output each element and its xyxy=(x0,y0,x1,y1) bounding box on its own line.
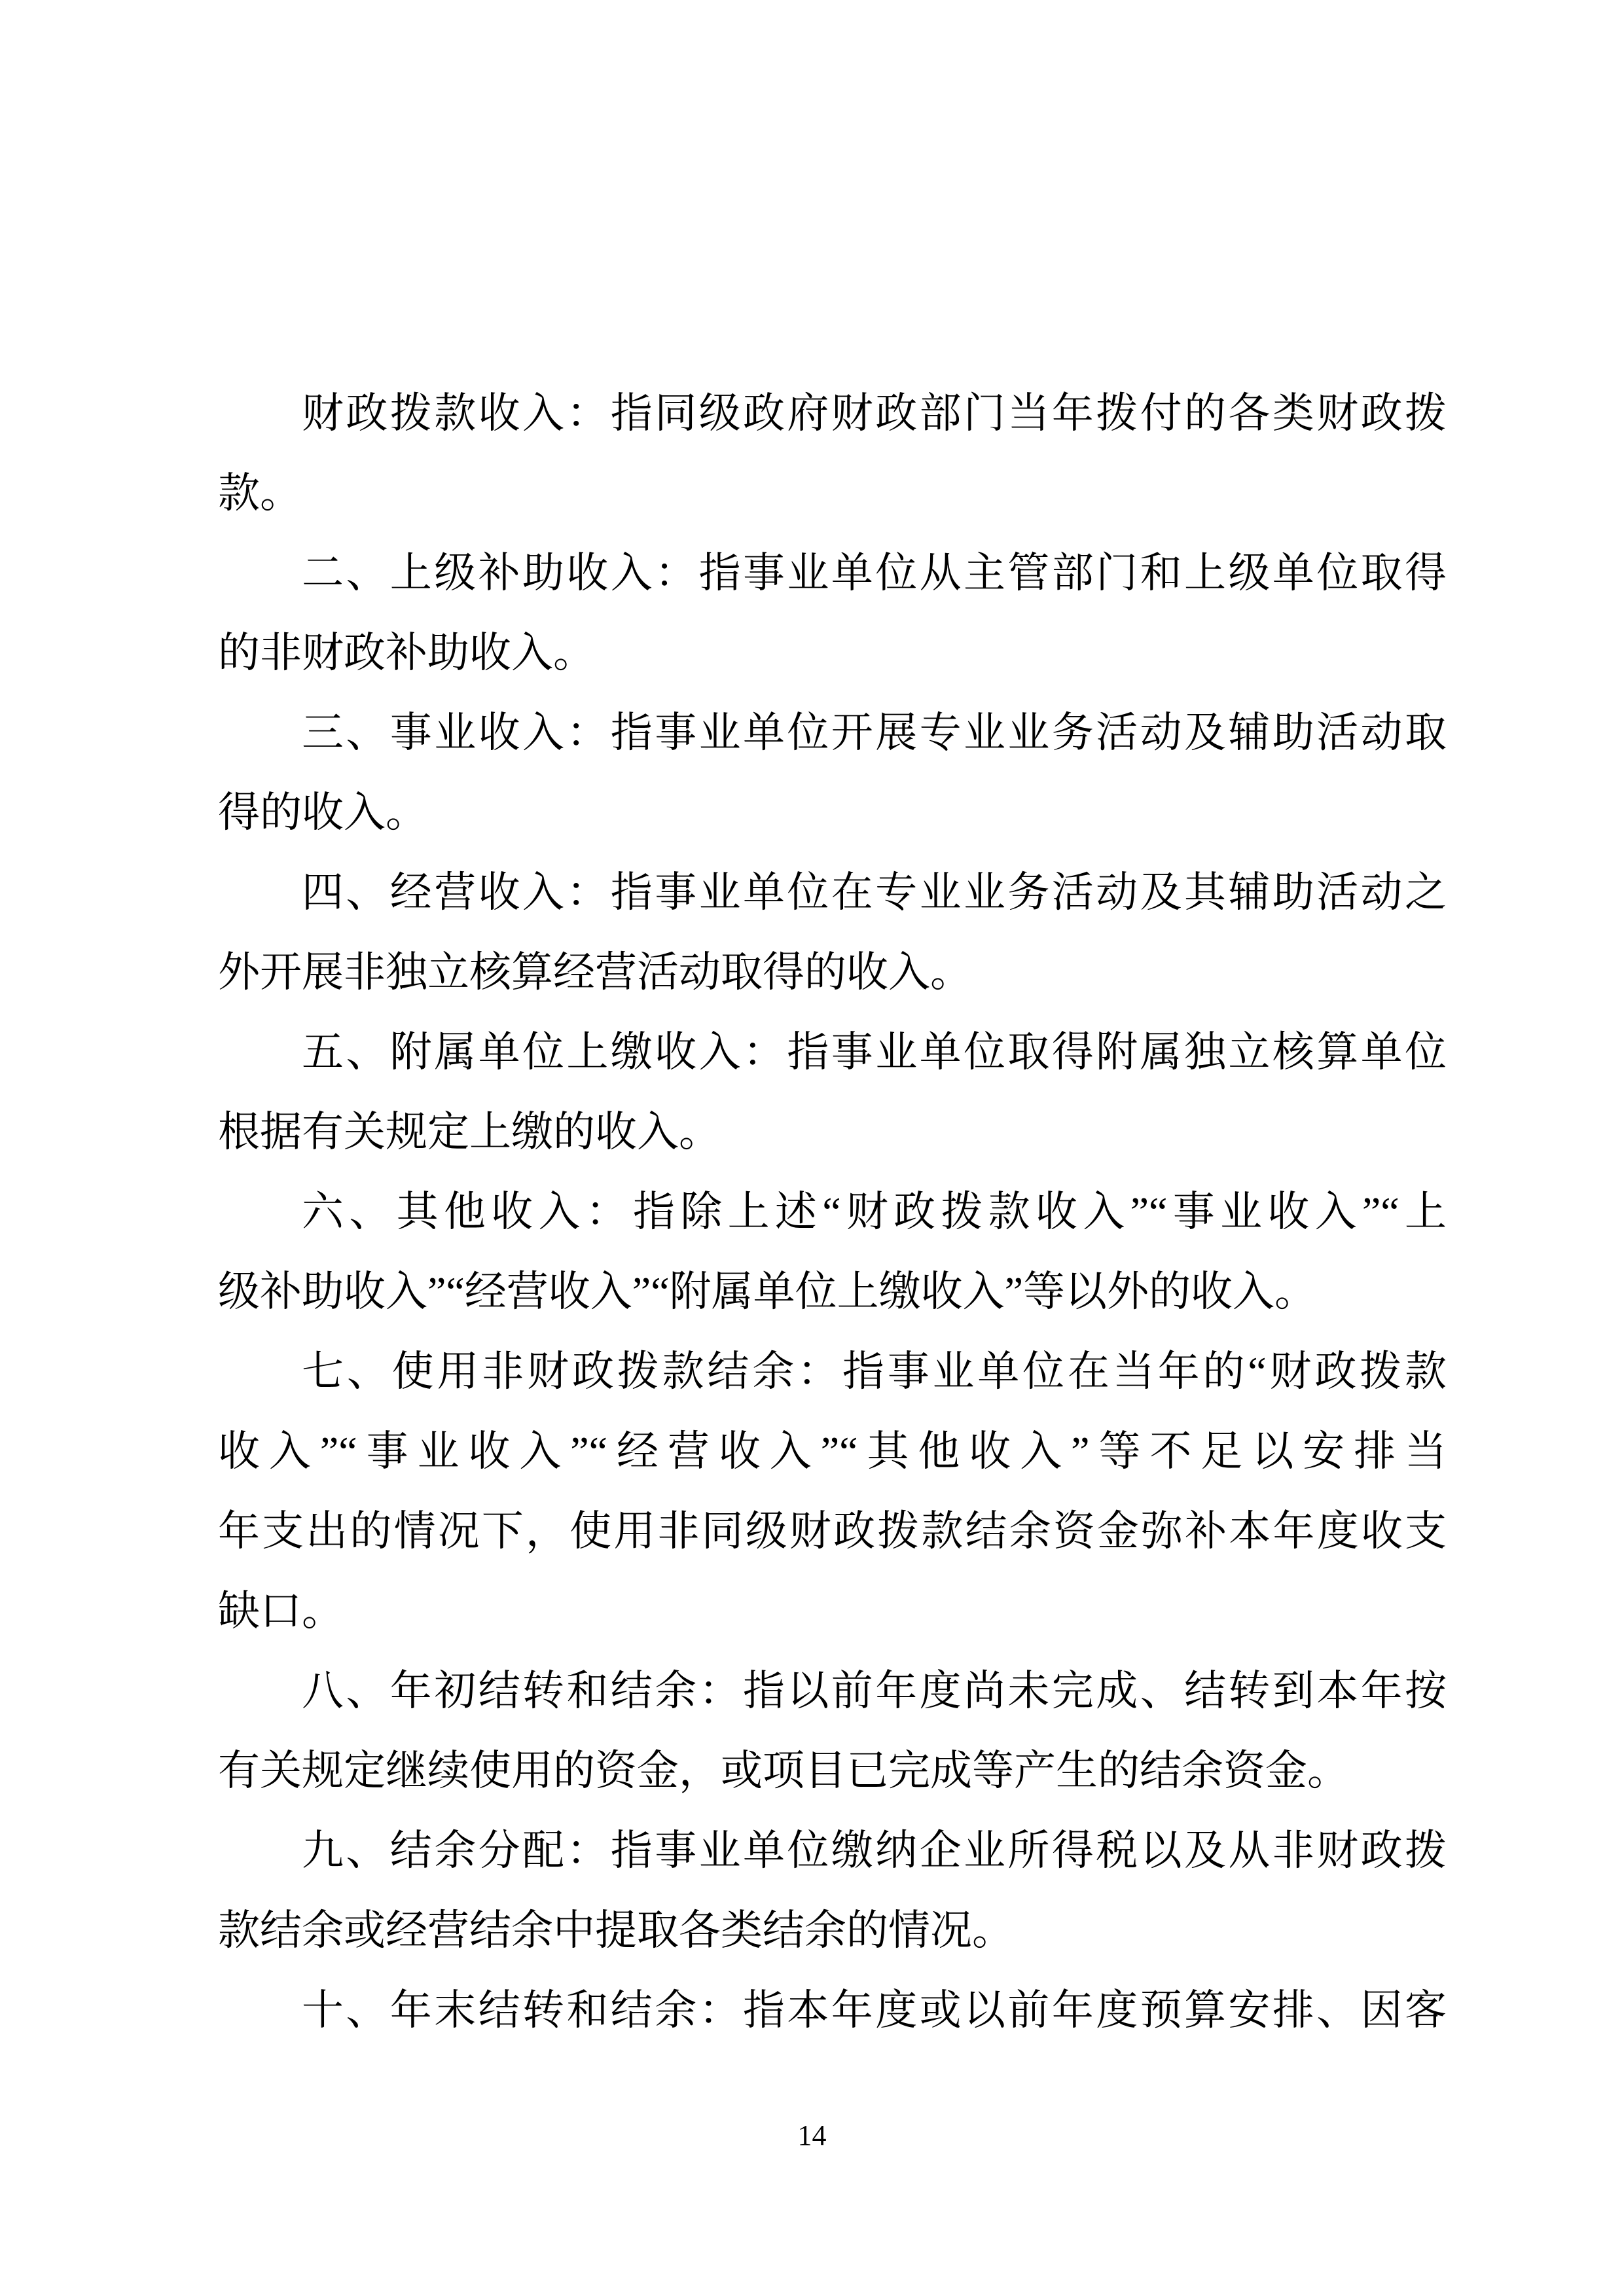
text-line: 年支出的情况下，使用非同级财政拨款结余资金弥补本年度收支 xyxy=(218,1492,1447,1571)
text-line: 收入”“事业收入”“经营收入”“其他收入”等不足以安排当 xyxy=(218,1412,1447,1492)
text-line: 财政拨款收入：指同级政府财政部门当年拨付的各类财政拨 xyxy=(218,374,1447,454)
page-footer: 14 xyxy=(0,2119,1624,2152)
text-line: 外开展非独立核算经营活动取得的收入。 xyxy=(218,933,1447,1013)
paragraph-surplus-distribution: 九、结余分配：指事业单位缴纳企业所得税以及从非财政拨 款结余或经营结余中提取各类… xyxy=(218,1811,1447,1971)
paragraph-operating-unit-income: 三、事业收入：指事业单位开展专业业务活动及辅助活动取 得的收入。 xyxy=(218,693,1447,853)
paragraph-caikuai-income: 财政拨款收入：指同级政府财政部门当年拨付的各类财政拨 款。 xyxy=(218,374,1447,533)
text-line: 得的收入。 xyxy=(218,773,1447,853)
text-line: 七、使用非财政拨款结余：指事业单位在当年的“财政拨款 xyxy=(218,1332,1447,1412)
text-line: 有关规定继续使用的资金，或项目已完成等产生的结余资金。 xyxy=(218,1731,1447,1811)
text-line: 四、经营收入：指事业单位在专业业务活动及其辅助活动之 xyxy=(218,853,1447,933)
paragraph-beginning-year-carryover: 八、年初结转和结余：指以前年度尚未完成、结转到本年按 有关规定继续使用的资金，或… xyxy=(218,1651,1447,1811)
text-line: 级补助收入”“经营收入”“附属单位上缴收入”等以外的收入。 xyxy=(218,1252,1447,1332)
paragraph-use-of-nonfiscal-surplus: 七、使用非财政拨款结余：指事业单位在当年的“财政拨款 收入”“事业收入”“经营收… xyxy=(218,1332,1447,1651)
text-line: 五、附属单位上缴收入：指事业单位取得附属独立核算单位 xyxy=(218,1013,1447,1092)
paragraph-year-end-carryover: 十、年末结转和结余：指本年度或以前年度预算安排、因客 xyxy=(218,1971,1447,2051)
text-line: 款。 xyxy=(218,454,1447,533)
text-line: 二、上级补助收入：指事业单位从主管部门和上级单位取得 xyxy=(218,533,1447,613)
paragraph-business-income: 四、经营收入：指事业单位在专业业务活动及其辅助活动之 外开展非独立核算经营活动取… xyxy=(218,853,1447,1013)
paragraph-superior-subsidy-income: 二、上级补助收入：指事业单位从主管部门和上级单位取得 的非财政补助收入。 xyxy=(218,533,1447,693)
paragraph-other-income: 六、其他收入：指除上述“财政拨款收入”“事业收入”“上 级补助收入”“经营收入”… xyxy=(218,1172,1447,1332)
text-line: 十、年末结转和结余：指本年度或以前年度预算安排、因客 xyxy=(218,1971,1447,2051)
text-line: 根据有关规定上缴的收入。 xyxy=(218,1092,1447,1172)
text-line: 缺口。 xyxy=(218,1571,1447,1651)
text-line: 三、事业收入：指事业单位开展专业业务活动及辅助活动取 xyxy=(218,693,1447,773)
document-page: 财政拨款收入：指同级政府财政部门当年拨付的各类财政拨 款。 二、上级补助收入：指… xyxy=(0,0,1624,2296)
text-line: 六、其他收入：指除上述“财政拨款收入”“事业收入”“上 xyxy=(218,1172,1447,1252)
text-line: 的非财政补助收入。 xyxy=(218,613,1447,693)
document-body: 财政拨款收入：指同级政府财政部门当年拨付的各类财政拨 款。 二、上级补助收入：指… xyxy=(218,374,1447,2051)
page-number: 14 xyxy=(798,2119,827,2151)
text-line: 款结余或经营结余中提取各类结余的情况。 xyxy=(218,1891,1447,1971)
paragraph-affiliated-unit-income: 五、附属单位上缴收入：指事业单位取得附属独立核算单位 根据有关规定上缴的收入。 xyxy=(218,1013,1447,1172)
text-line: 九、结余分配：指事业单位缴纳企业所得税以及从非财政拨 xyxy=(218,1811,1447,1891)
text-line: 八、年初结转和结余：指以前年度尚未完成、结转到本年按 xyxy=(218,1651,1447,1731)
